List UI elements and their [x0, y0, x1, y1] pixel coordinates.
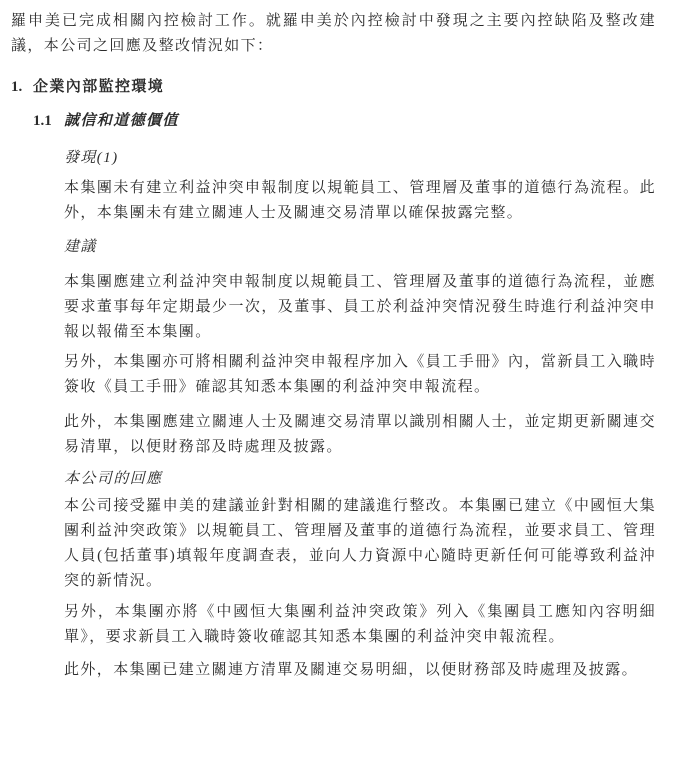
company-response-paragraph-3: 此外，本集團已建立關連方清單及關連交易明細，以便財務部及時處理及披露。 — [64, 658, 656, 683]
recommendation-paragraph-3: 此外，本集團應建立關連人士及關連交易清單以識別相關人士，並定期更新關連交易清單，… — [64, 410, 656, 460]
finding-paragraph: 本集團未有建立利益沖突申報制度以規範員工、管理層及董事的道德行為流程。此外，本集… — [64, 176, 656, 226]
finding-label: 發現(1) — [64, 146, 656, 171]
company-response-label: 本公司的回應 — [64, 467, 656, 492]
document-page: 羅申美已完成相關內控檢討工作。就羅申美於內控檢討中發現之主要內控缺陷及整改建議，… — [0, 0, 689, 760]
recommendation-paragraph-1: 本集團應建立利益沖突申報制度以規範員工、管理層及董事的道德行為流程，並應要求董事… — [64, 270, 656, 345]
recommendation-paragraph-2: 另外，本集團亦可將相關利益沖突申報程序加入《員工手冊》內，當新員工入職時簽收《員… — [64, 350, 656, 400]
intro-paragraph: 羅申美已完成相關內控檢討工作。就羅申美於內控檢討中發現之主要內控缺陷及整改建議，… — [11, 9, 656, 59]
section-title: 企業內部監控環境 — [33, 75, 164, 100]
subsection-title: 誠信和道德價值 — [64, 109, 179, 134]
subsection-number: 1.1 — [33, 109, 64, 134]
subsection-heading: 1.1 誠信和道德價值 — [33, 109, 656, 134]
section-heading: 1. 企業內部監控環境 — [11, 75, 656, 100]
section-number: 1. — [11, 75, 33, 100]
recommendation-label: 建議 — [64, 235, 656, 260]
company-response-paragraph-1: 本公司接受羅申美的建議並針對相關的建議進行整改。本集團已建立《中國恒大集團利益沖… — [64, 494, 656, 594]
company-response-paragraph-2: 另外，本集團亦將《中國恒大集團利益沖突政策》列入《集團員工應知內容明細單》，要求… — [64, 600, 656, 650]
